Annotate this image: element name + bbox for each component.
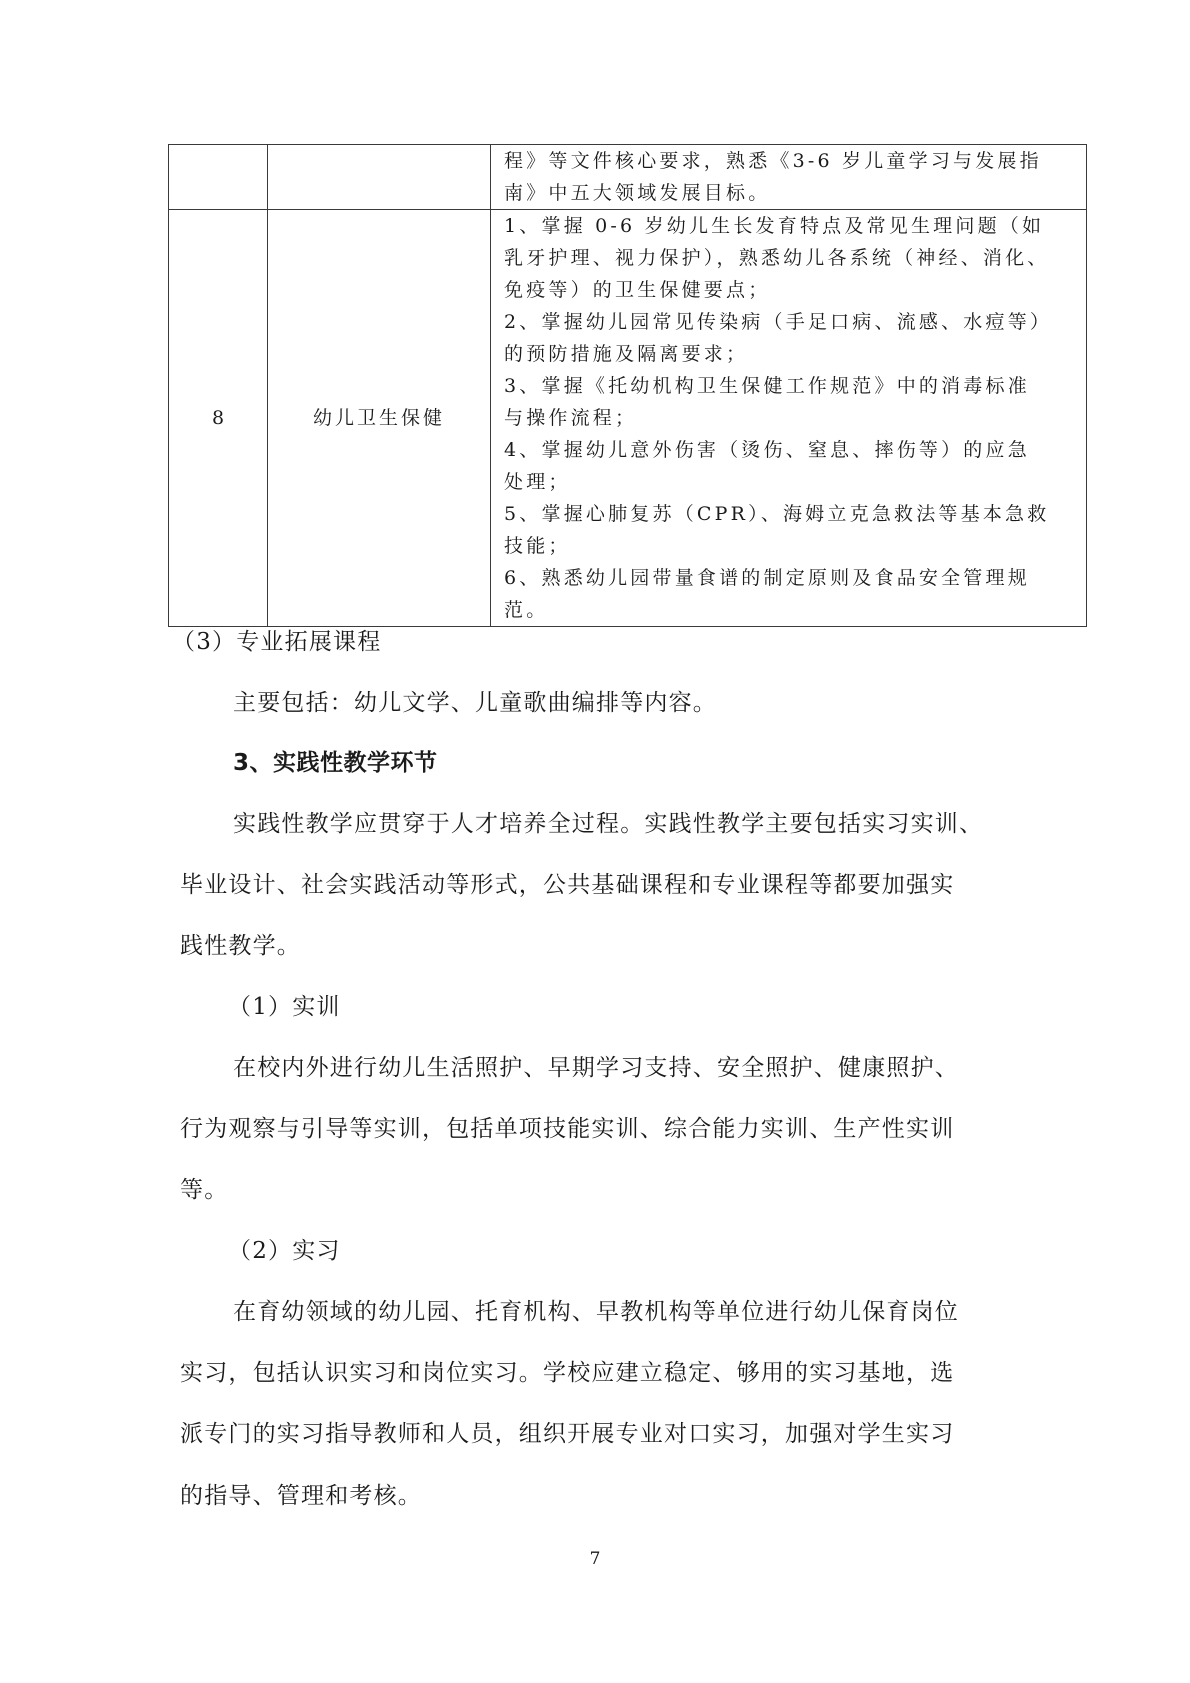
paragraph-line: 派专门的实习指导教师和人员，组织开展专业对口实习，加强对学生实习 — [180, 1418, 1080, 1450]
section-title-training: （1）实训 — [228, 991, 1128, 1023]
table-row: 程》等文件核心要求，熟悉《3-6 岁儿童学习与发展指 南》中五大领域发展目标。 — [169, 145, 1087, 210]
description-line: 4、掌握幼儿意外伤害（烫伤、窒息、摔伤等）的应急 — [504, 434, 1078, 466]
section-heading-practice: 3、实践性教学环节 — [233, 747, 1133, 779]
course-description-cell: 程》等文件核心要求，熟悉《3-6 岁儿童学习与发展指 南》中五大领域发展目标。 — [491, 145, 1087, 210]
course-name-cell: 幼儿卫生保健 — [268, 210, 491, 627]
description-line: 免疫等）的卫生保健要点； — [504, 274, 1078, 306]
page-number: 7 — [0, 1549, 1190, 1569]
description-line: 2、掌握幼儿园常见传染病（手足口病、流感、水痘等） — [504, 306, 1078, 338]
description-line: 南》中五大领域发展目标。 — [504, 177, 1078, 209]
paragraph-line: 行为观察与引导等实训，包括单项技能实训、综合能力实训、生产性实训 — [180, 1113, 1080, 1145]
course-number-cell — [169, 145, 268, 210]
paragraph-expansion: 主要包括：幼儿文学、儿童歌曲编排等内容。 — [233, 687, 1133, 719]
paragraph-line: 等。 — [180, 1174, 1080, 1206]
paragraph-line: 实践性教学应贯穿于人才培养全过程。实践性教学主要包括实习实训、 — [233, 808, 1133, 840]
course-name-cell — [268, 145, 491, 210]
section-title-expansion: （3）专业拓展课程 — [172, 626, 1072, 658]
course-description-cell: 1、掌握 0-6 岁幼儿生长发育特点及常见生理问题（如 乳牙护理、视力保护），熟… — [491, 210, 1087, 627]
table-row: 8 幼儿卫生保健 1、掌握 0-6 岁幼儿生长发育特点及常见生理问题（如 乳牙护… — [169, 210, 1087, 627]
paragraph-line: 毕业设计、社会实践活动等形式，公共基础课程和专业课程等都要加强实 — [180, 869, 1080, 901]
description-line: 1、掌握 0-6 岁幼儿生长发育特点及常见生理问题（如 — [504, 210, 1078, 242]
description-line: 3、掌握《托幼机构卫生保健工作规范》中的消毒标准 — [504, 370, 1078, 402]
description-line: 范。 — [504, 594, 1078, 626]
course-table: 程》等文件核心要求，熟悉《3-6 岁儿童学习与发展指 南》中五大领域发展目标。 … — [168, 144, 1087, 627]
description-line: 程》等文件核心要求，熟悉《3-6 岁儿童学习与发展指 — [504, 145, 1078, 177]
section-title-internship: （2）实习 — [228, 1235, 1128, 1267]
description-line: 与操作流程； — [504, 402, 1078, 434]
course-number-cell: 8 — [169, 210, 268, 627]
paragraph-line: 在校内外进行幼儿生活照护、早期学习支持、安全照护、健康照护、 — [233, 1052, 1133, 1084]
description-line: 6、熟悉幼儿园带量食谱的制定原则及食品安全管理规 — [504, 562, 1078, 594]
paragraph-line: 在育幼领域的幼儿园、托育机构、早教机构等单位进行幼儿保育岗位 — [233, 1296, 1133, 1328]
description-line: 乳牙护理、视力保护），熟悉幼儿各系统（神经、消化、 — [504, 242, 1078, 274]
description-line: 5、掌握心肺复苏（CPR）、海姆立克急救法等基本急救 — [504, 498, 1078, 530]
description-line: 的预防措施及隔离要求； — [504, 338, 1078, 370]
description-line: 技能； — [504, 530, 1078, 562]
paragraph-line: 践性教学。 — [180, 930, 1080, 962]
description-line: 处理； — [504, 466, 1078, 498]
paragraph-line: 实习，包括认识实习和岗位实习。学校应建立稳定、够用的实习基地，选 — [180, 1357, 1080, 1389]
document-page: 程》等文件核心要求，熟悉《3-6 岁儿童学习与发展指 南》中五大领域发展目标。 … — [0, 0, 1190, 1683]
paragraph-line: 的指导、管理和考核。 — [180, 1480, 1080, 1512]
